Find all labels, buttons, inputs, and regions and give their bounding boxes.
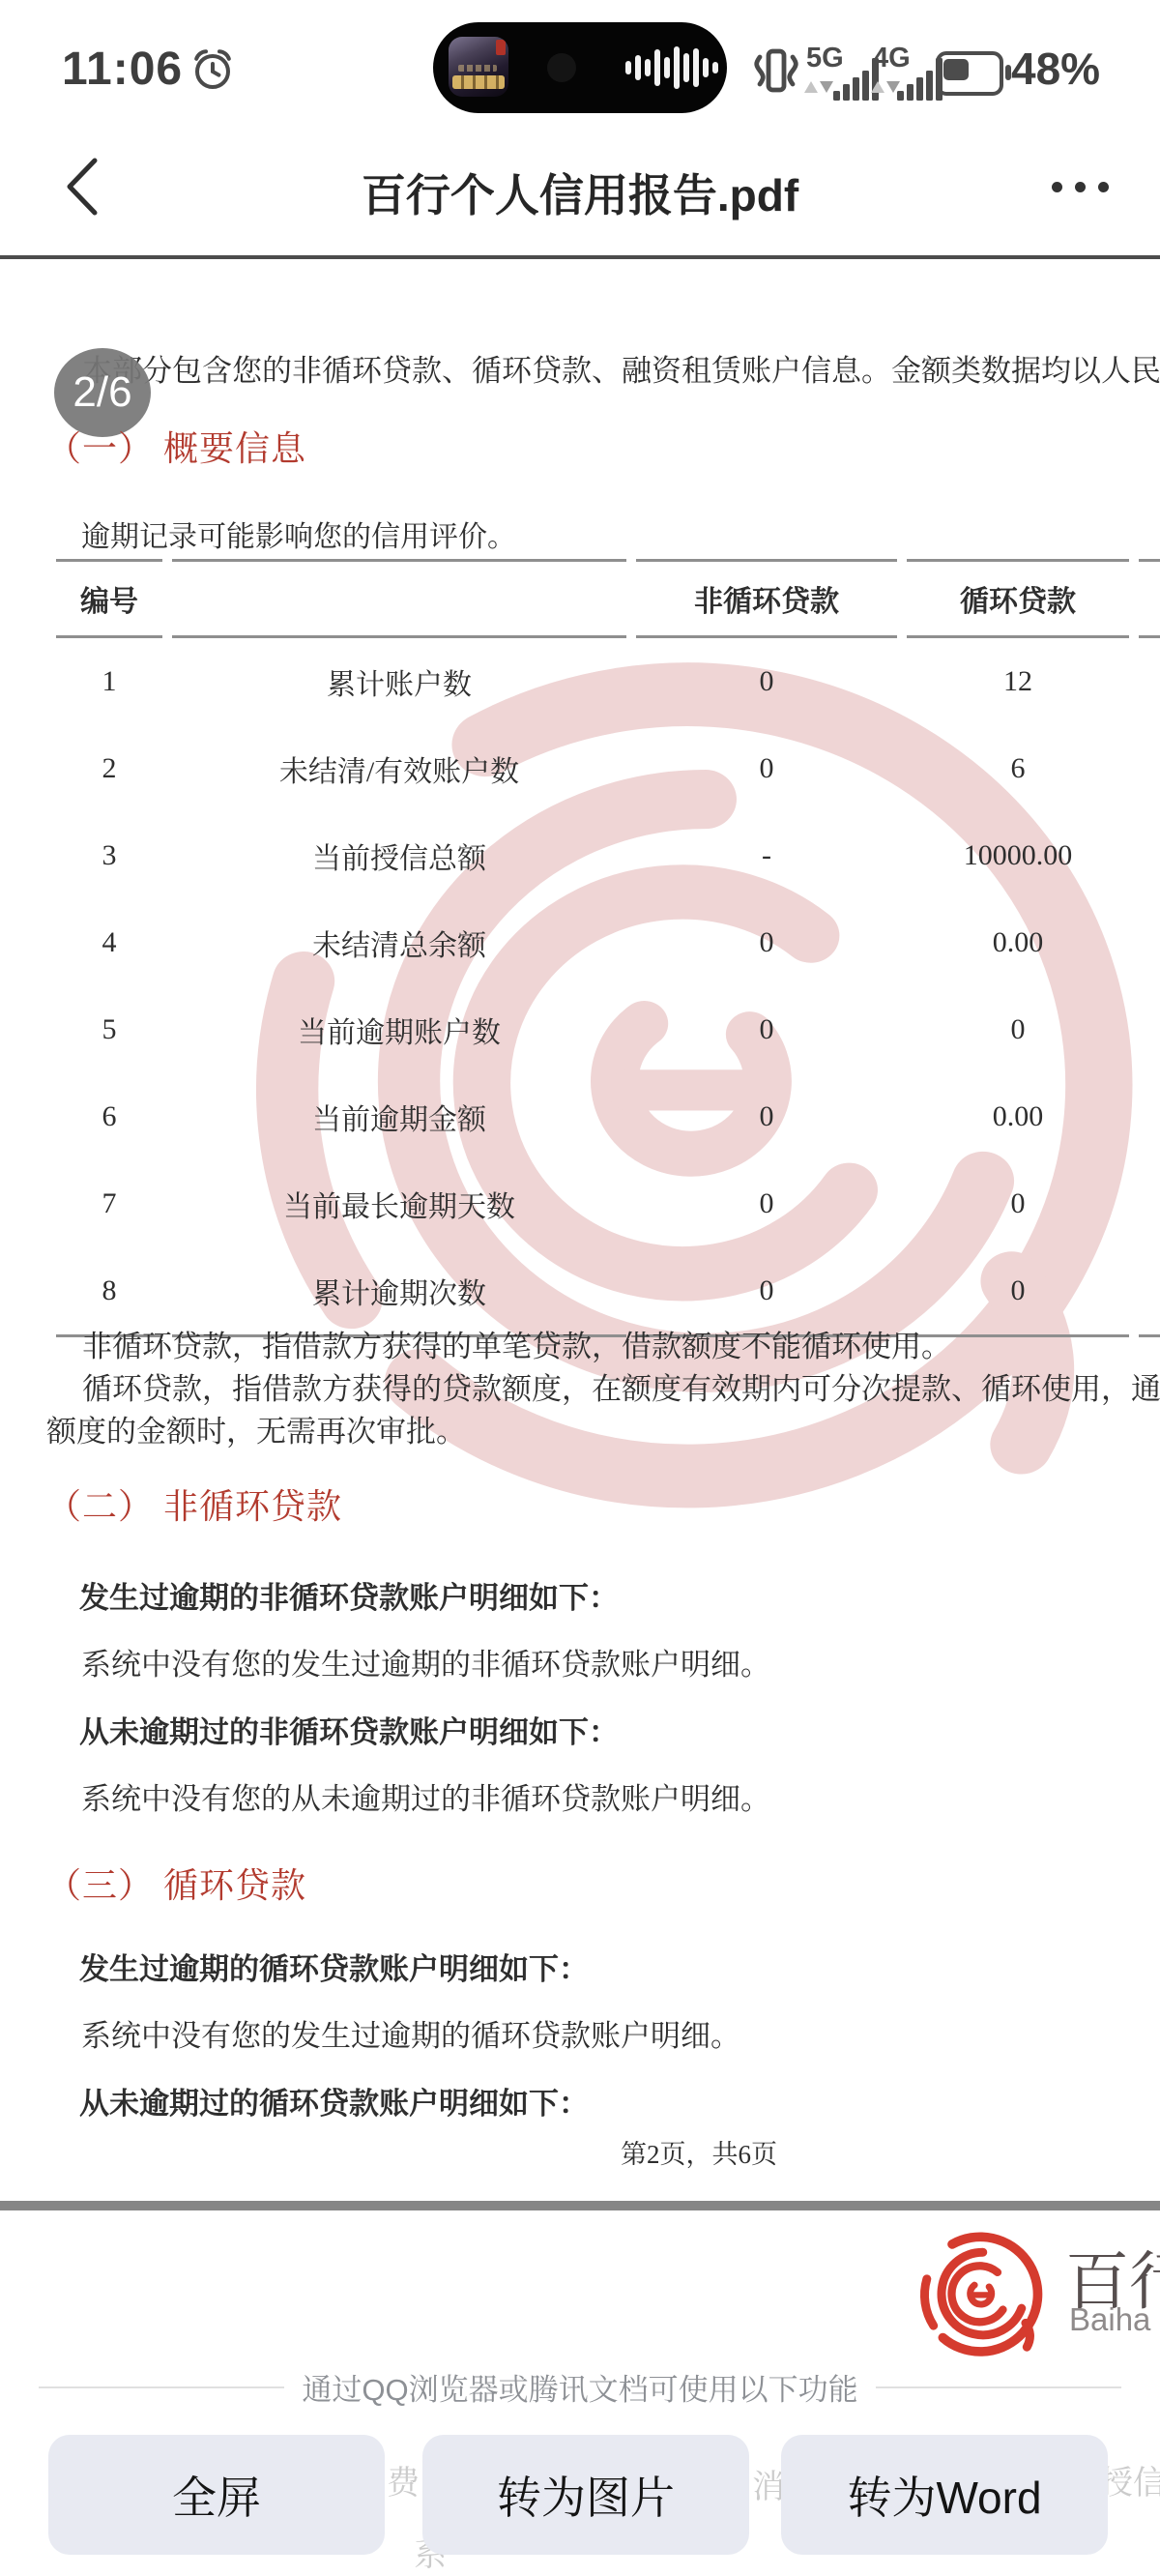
section2-text: 系统中没有您的发生过逾期的非循环贷款账户明细。	[81, 1640, 770, 1683]
table-row: 5当前逾期账户数 00	[56, 986, 1160, 1073]
pdf-page-number: 第2页，共6页	[46, 2133, 1160, 2171]
table-header-row: 编号 非循环贷款 循环贷款	[56, 559, 1160, 638]
background-ghost-text: 费	[387, 2456, 420, 2503]
pdf-page[interactable]: 本部分包含您的非循环贷款、循环贷款、融资租赁账户信息。金额类数据均以人民币计算 …	[0, 259, 1160, 2201]
battery-icon	[936, 51, 1003, 96]
feature-caption: 通过QQ浏览器或腾讯文档可使用以下功能	[302, 2365, 857, 2409]
section2-heading: （二） 非循环贷款	[46, 1479, 342, 1529]
section3-subheading: 从未逾期过的循环贷款账户明细如下：	[79, 2079, 589, 2122]
background-ghost-text: 消	[752, 2460, 785, 2507]
table-row: 2未结清/有效账户数 06	[56, 725, 1160, 812]
caption-rule-right	[876, 2386, 1121, 2388]
status-time: 11:06	[62, 43, 183, 96]
floating-app-icon[interactable]	[449, 37, 508, 97]
caption-rule-left	[39, 2386, 284, 2388]
front-camera	[547, 53, 576, 82]
convert-to-image-button[interactable]: 转为图片	[422, 2435, 749, 2555]
section3-subheading: 发生过逾期的循环贷款账户明细如下：	[79, 1945, 589, 1988]
table-row: 6当前逾期金额 00.00	[56, 1073, 1160, 1160]
table-row: 1累计账户数 012	[56, 638, 1160, 725]
section2-subheading: 发生过逾期的非循环贷款账户明细如下：	[79, 1573, 619, 1617]
table-row: 3当前授信总额 -10000.00	[56, 812, 1160, 899]
camera-cutout-pill	[433, 22, 727, 113]
convert-to-word-button[interactable]: 转为Word	[781, 2435, 1108, 2555]
col-header	[1139, 559, 1160, 638]
section3-heading: （三） 循环贷款	[46, 1859, 306, 1908]
col-header	[172, 559, 626, 638]
alarm-icon	[189, 46, 236, 93]
data-arrows-icon	[871, 81, 900, 93]
phone-screen: 11:06 5G 4G 48% 百行个人	[0, 0, 1160, 2576]
table-row: 4未结清总余额 00.00	[56, 899, 1160, 986]
document-title: 百行个人信用报告.pdf	[0, 161, 1160, 224]
baihang-logo-icon	[913, 2227, 1047, 2360]
brand-name-en: Baiha	[1069, 2301, 1150, 2338]
background-ghost-text: 授信	[1100, 2456, 1160, 2503]
table-row: 7当前最长逾期天数 00	[56, 1160, 1160, 1247]
sheet-divider	[0, 2201, 1160, 2210]
section2-text: 系统中没有您的从未逾期过的非循环贷款账户明细。	[81, 1774, 770, 1818]
section2-subheading: 从未逾期过的非循环贷款账户明细如下：	[79, 1708, 619, 1751]
feature-caption-row: 通过QQ浏览器或腾讯文档可使用以下功能	[39, 2365, 1121, 2409]
signal-bars-5g-icon	[833, 58, 879, 101]
vibrate-icon	[750, 48, 802, 93]
more-menu-button[interactable]	[1052, 182, 1109, 192]
data-arrows-icon	[804, 81, 833, 93]
summary-table: 编号 非循环贷款 循环贷款 1累计账户数 012 2未结清/有效账户数 06 3…	[46, 559, 1160, 1337]
table-row: 8累计逾期次数 00	[56, 1247, 1160, 1337]
fullscreen-button[interactable]: 全屏	[48, 2435, 385, 2555]
battery-percent: 48%	[1011, 43, 1100, 95]
recording-waveform-icon	[625, 22, 718, 113]
col-header: 非循环贷款	[636, 559, 897, 638]
col-header: 编号	[56, 559, 162, 638]
loan-explanation: 非循环贷款，指借款方获得的单笔贷款，借款额度不能循环使用。 循环贷款，指借款方获…	[46, 1326, 1160, 1453]
overdue-note: 逾期记录可能影响您的信用评价。	[81, 512, 516, 555]
intro-paragraph: 本部分包含您的非循环贷款、循环贷款、融资租赁账户信息。金额类数据均以人民币计算	[46, 352, 1160, 391]
section3-text: 系统中没有您的发生过逾期的循环贷款账户明细。	[81, 2011, 740, 2055]
section1-heading: （一） 概要信息	[46, 422, 306, 471]
col-header: 循环贷款	[907, 559, 1129, 638]
